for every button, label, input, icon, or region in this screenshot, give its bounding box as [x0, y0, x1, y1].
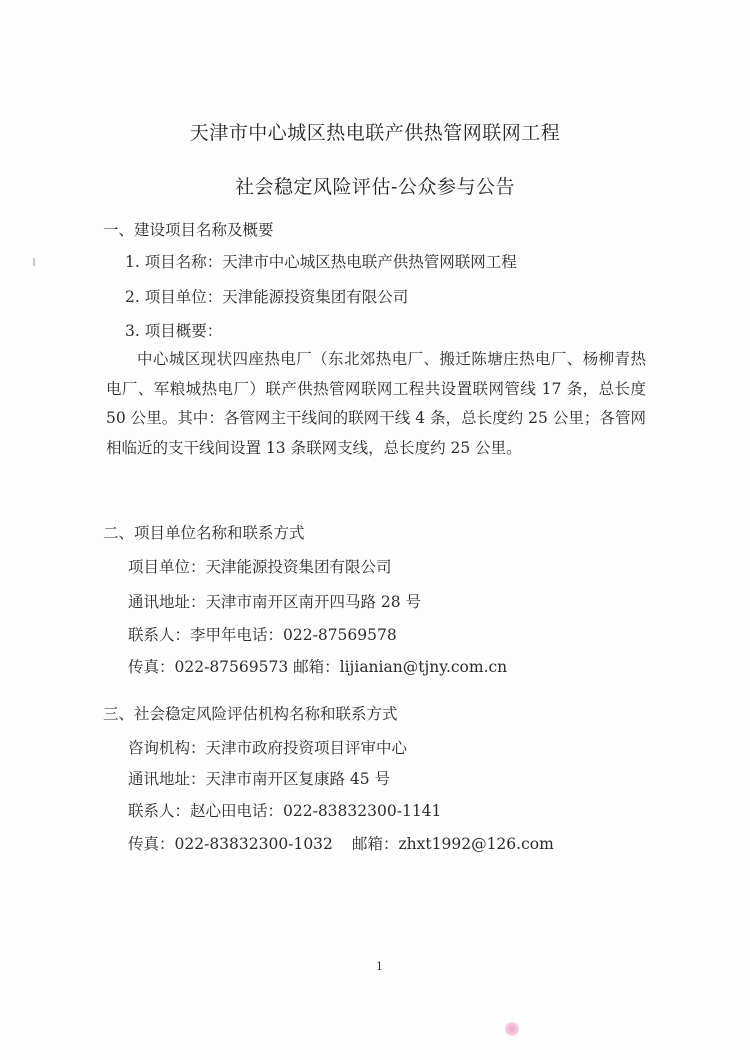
scan-speck: [33, 258, 35, 266]
section3-address: 通讯地址：天津市南开区复康路 45 号: [128, 767, 390, 789]
section1-item-name: 1. 项目名称：天津市中心城区热电联产供热管网联网工程: [125, 250, 517, 272]
page-number: 1: [376, 960, 383, 973]
section2-fax-email: 传真：022-87569573 邮箱：lijianian@tjny.com.cn: [128, 655, 507, 677]
seal-stamp-mark: [505, 1022, 519, 1036]
section3-email: 邮箱：zhxt1992@126.com: [352, 832, 554, 854]
section2-unit: 项目单位：天津能源投资集团有限公司: [128, 555, 392, 577]
document-title-line1: 天津市中心城区热电联产供热管网联网工程: [0, 118, 750, 145]
section3-agency: 咨询机构：天津市政府投资项目评审中心: [128, 736, 407, 758]
section1-summary-paragraph: 中心城区现状四座热电厂（东北郊热电厂、搬迁陈塘庄热电厂、杨柳青热电厂、军粮城热电…: [106, 345, 646, 463]
document-page: 天津市中心城区热电联产供热管网联网工程 社会稳定风险评估-公众参与公告 一、建设…: [0, 0, 750, 1060]
section3-fax: 传真：022-83832300-1032: [128, 832, 333, 854]
section2-contact: 联系人：李甲年电话：022-87569578: [128, 623, 397, 645]
section1-item-unit: 2. 项目单位：天津能源投资集团有限公司: [125, 285, 408, 307]
section2-heading: 二、项目单位名称和联系方式: [103, 521, 305, 543]
document-title-line2: 社会稳定风险评估-公众参与公告: [0, 172, 750, 199]
section1-item-summary-label: 3. 项目概要：: [125, 319, 222, 341]
section1-heading: 一、建设项目名称及概要: [103, 218, 274, 240]
section3-contact: 联系人：赵心田电话：022-83832300-1141: [128, 799, 441, 821]
section2-address: 通讯地址：天津市南开区南开四马路 28 号: [128, 590, 421, 612]
section3-heading: 三、社会稳定风险评估机构名称和联系方式: [103, 702, 398, 724]
